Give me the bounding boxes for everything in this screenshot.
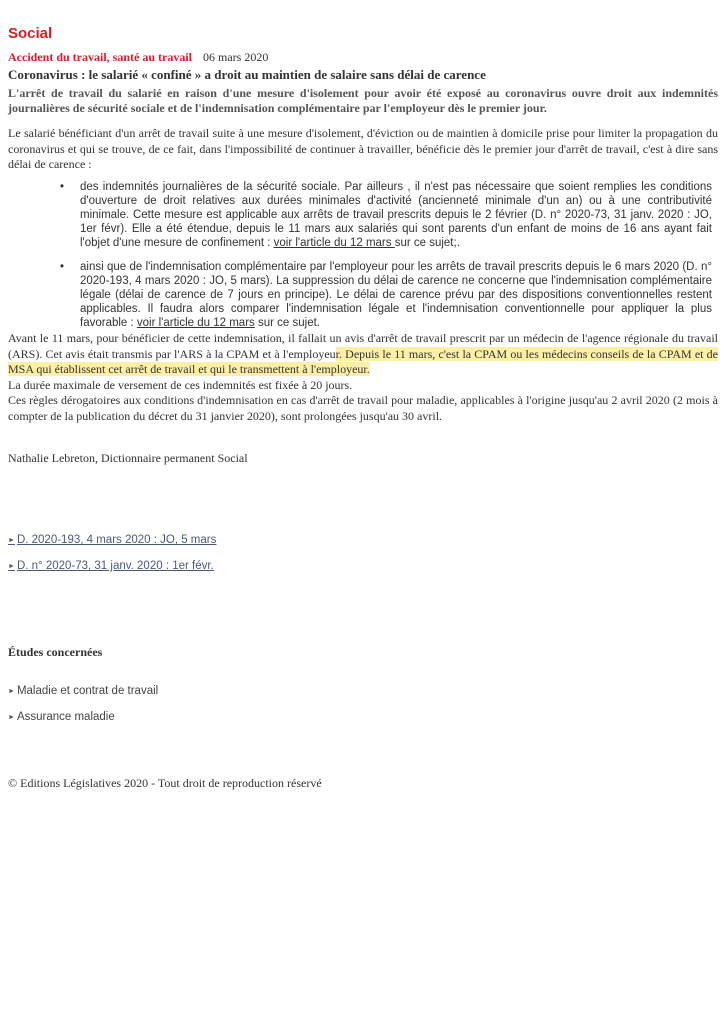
bullet-icon: • [60,180,64,194]
author-signature: Nathalie Lebreton, Dictionnaire permanen… [8,451,248,466]
article-link[interactable]: voir l'article du 12 mars [274,237,395,249]
references-list: ►D. 2020-193, 4 mars 2020 : JO, 5 mars ►… [8,534,216,586]
triangle-right-icon: ► [8,688,15,695]
rubric: Accident du travail, santé au travail [8,50,192,64]
triangle-right-icon: ► [8,714,15,721]
reference-link[interactable]: ►D. n° 2020-73, 31 janv. 2020 : 1er févr… [8,560,216,586]
reference-link[interactable]: ►D. 2020-193, 4 mars 2020 : JO, 5 mars [8,534,216,560]
triangle-right-icon: ► [8,537,15,544]
section-title: Social [8,25,52,42]
duration-paragraph: La durée maximale de versement de ces in… [8,378,352,392]
bullet-item: • des indemnités journalières de la sécu… [60,180,712,250]
etudes-list: ►Maladie et contrat de travail ►Assuranc… [8,685,158,737]
bullet-item: • ainsi que de l'indemnisation complémen… [60,260,712,330]
body-paragraphs: Avant le 11 mars, pour bénéficier de cet… [8,331,718,424]
article-link[interactable]: voir l'article du 12 mars [137,317,255,329]
article-headline: Coronavirus : le salarié « confiné » a d… [8,67,486,83]
etude-link[interactable]: ►Maladie et contrat de travail [8,685,158,711]
copyright-footer: © Editions Législatives 2020 - Tout droi… [8,776,322,791]
etudes-title: Études concernées [8,645,102,660]
article-lead: L'arrêt de travail du salarié en raison … [8,86,718,116]
triangle-right-icon: ► [8,563,15,570]
intro-paragraph: Le salarié bénéficiant d'un arrêt de tra… [8,126,718,173]
etude-link[interactable]: ►Assurance maladie [8,711,158,737]
rubric-line: Accident du travail, santé au travail 06… [8,50,268,65]
article-date: 06 mars 2020 [203,50,268,64]
bullet-icon: • [60,260,64,274]
bullet-list: • des indemnités journalières de la sécu… [60,180,712,340]
extension-paragraph: Ces règles dérogatoires aux conditions d… [8,393,718,423]
